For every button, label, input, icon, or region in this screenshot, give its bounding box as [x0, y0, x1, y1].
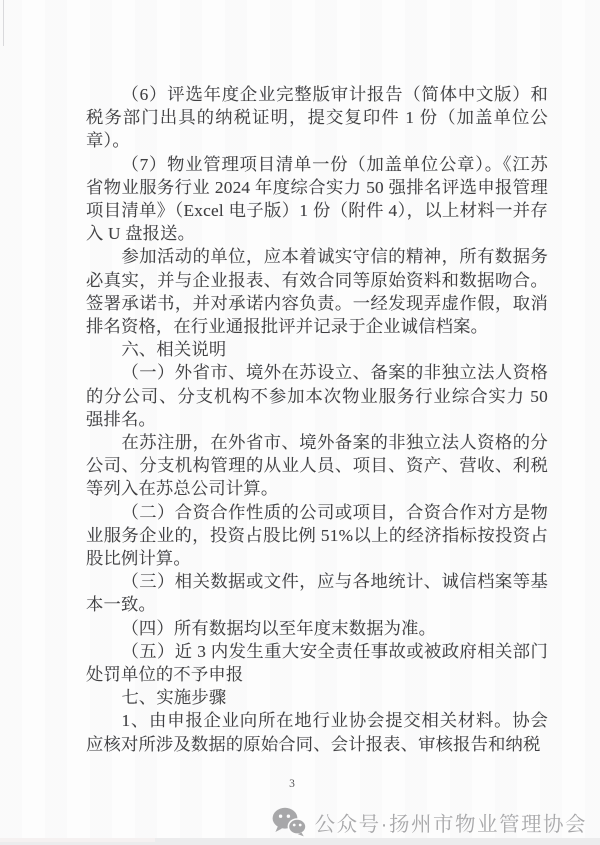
document-paragraph: （四）所有数据均以至年度末数据为准。	[86, 617, 548, 640]
scan-bottom-edge	[0, 838, 600, 845]
scan-edge-artifact	[3, 0, 4, 46]
document-paragraph: 六、相关说明	[86, 338, 548, 361]
document-paragraph: 1、由申报企业向所在地行业协会提交相关材料。协会应核对所涉及数据的原始合同、会计…	[86, 709, 548, 755]
wechat-icon	[272, 807, 306, 837]
wechat-account-label: 公众号·扬州市物业管理协会	[315, 807, 587, 837]
page-number: 3	[0, 778, 584, 790]
document-paragraph: （二）合资合作性质的公司或项目，合资合作对方是物业服务企业的，投资占股比例 51…	[86, 501, 548, 571]
document-paragraph: （三）相关数据或文件，应与各地统计、诚信档案等基本一致。	[86, 570, 548, 616]
scanned-document-page: （6）评选年度企业完整版审计报告（简体中文版）和税务部门出具的纳税证明，提交复印…	[0, 0, 600, 845]
document-paragraph: （7）物业管理项目清单一份（加盖单位公章）。《江苏省物业服务行业 2024 年度…	[86, 153, 548, 246]
document-paragraph: （五）近 3 内发生重大安全责任事故或被政府相关部门处罚单位的不予申报	[86, 640, 548, 686]
document-paragraph: 在苏注册，在外省市、境外备案的非独立法人资格的分公司、分支机构管理的从业人员、项…	[86, 431, 548, 501]
document-paragraph: 参加活动的单位，应本着诚实守信的精神，所有数据务必真实，并与企业报表、有效合同等…	[86, 245, 548, 338]
document-paragraph: 七、实施步骤	[86, 686, 548, 709]
document-body: （6）评选年度企业完整版审计报告（简体中文版）和税务部门出具的纳税证明，提交复印…	[86, 83, 548, 756]
wechat-account-watermark: 公众号·扬州市物业管理协会	[272, 804, 587, 840]
scan-bottom-edge-highlight	[0, 838, 155, 842]
document-paragraph: （一）外省市、境外在苏设立、备案的非独立法人资格的分公司、分支机构不参加本次物业…	[86, 361, 548, 431]
document-paragraph: （6）评选年度企业完整版审计报告（简体中文版）和税务部门出具的纳税证明，提交复印…	[86, 83, 548, 153]
